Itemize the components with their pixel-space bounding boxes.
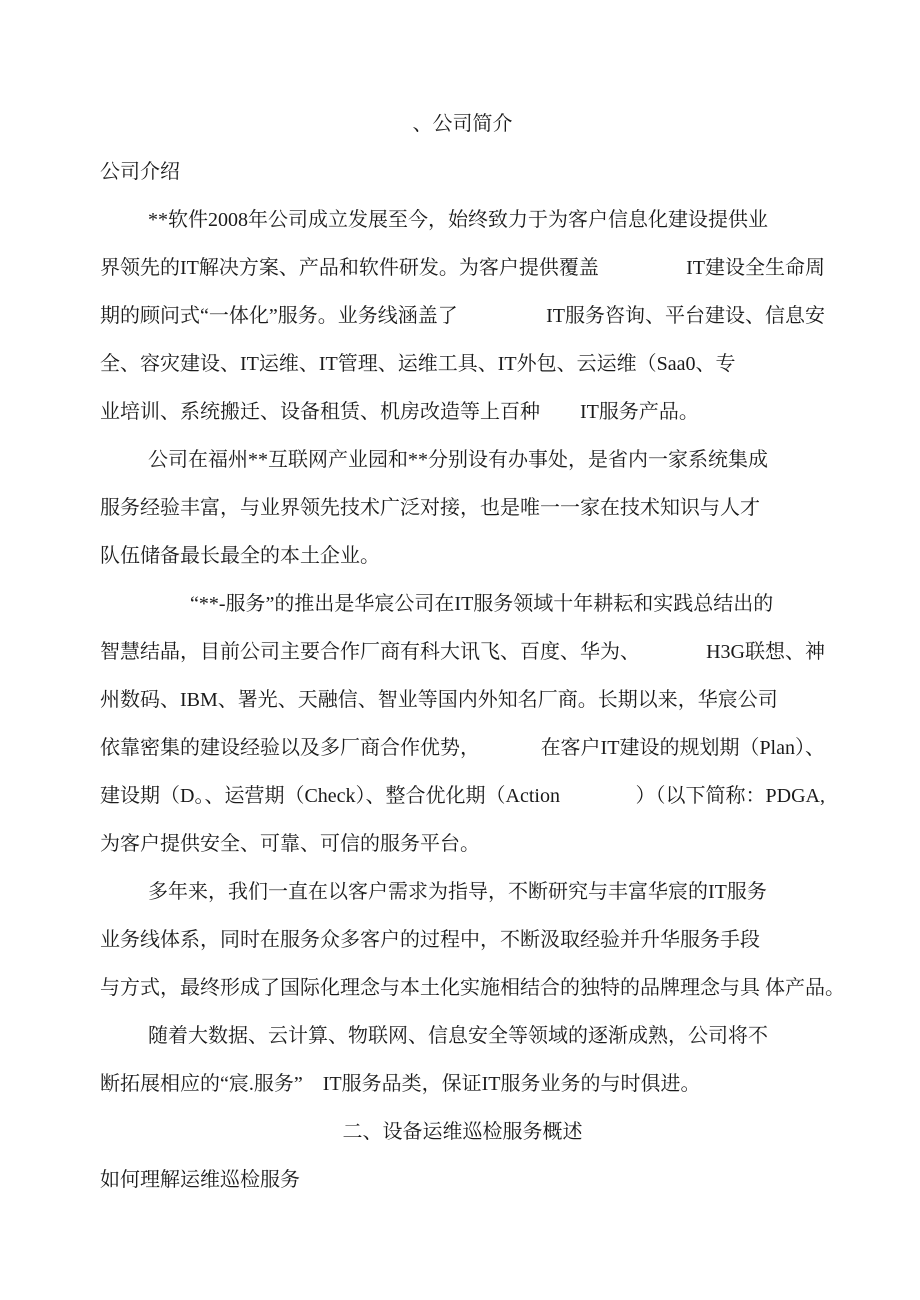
document-body: 公司介绍 **软件2008年公司成立发展至今，始终致力于为客户信息化建设提供业 … [100,148,825,1204]
text-line: 与方式，最终形成了国际化理念与本土化实施相结合的独特的品牌理念与具 体产品。 [100,964,825,1012]
text-line: 断拓展相应的“宸.服务” IT服务品类，保证IT服务业务的与时俱进。 [100,1060,825,1108]
line-text-left: 期的顾问式“一体化”服务。业务线涵盖了 [100,292,458,340]
line-text: 业务线体系，同时在服务众多客户的过程中，不断汲取经验并升华服务手段 [100,929,760,951]
line-text-right: 在客户IT建设的规划期（Plan）、 [541,724,825,772]
line-text: 与方式，最终形成了国际化理念与本土化实施相结合的独特的品牌理念与具 体产品。 [100,977,845,999]
document-page: 、公司简介 公司介绍 **软件2008年公司成立发展至今，始终致力于为客户信息化… [0,0,920,1300]
text-line: 公司在福州**互联网产业园和**分别设有办事处，是省内一家系统集成 [100,436,825,484]
line-text-left: 业培训、系统搬迁、设备租赁、机房改造等上百种 [100,401,540,423]
text-line: 依靠密集的建设经验以及多厂商合作优势， 在客户IT建设的规划期（Plan）、 [100,724,825,772]
line-text: 全、容灾建设、IT运维、IT管理、运维工具、IT外包、云运维（Saa0、专 [100,353,736,375]
line-text: 如何理解运维巡检服务 [100,1169,300,1191]
subsection-label: 如何理解运维巡检服务 [100,1156,825,1204]
text-line: **软件2008年公司成立发展至今，始终致力于为客户信息化建设提供业 [100,196,825,244]
text-line: 业务线体系，同时在服务众多客户的过程中，不断汲取经验并升华服务手段 [100,916,825,964]
line-text-right: IT服务咨询、平台建设、信息安 [546,292,825,340]
text-line: 随着大数据、云计算、物联网、信息安全等领域的逐渐成熟，公司将不 [100,1012,825,1060]
text-line: 服务经验丰富，与业界领先技术广泛对接，也是唯一一家在技术知识与人才 [100,484,825,532]
text-line: 业培训、系统搬迁、设备租赁、机房改造等上百种IT服务产品。 [100,388,825,436]
line-text: 州数码、IBM、署光、天融信、智业等国内外知名厂商。长期以来，华宸公司 [100,689,778,711]
line-text-right: IT建设全生命周 [686,244,825,292]
line-text: 为客户提供安全、可靠、可信的服务平台。 [100,833,480,855]
text-line: 界领先的IT解决方案、产品和软件研发。为客户提供覆盖 IT建设全生命周 [100,244,825,292]
line-text: 服务经验丰富，与业界领先技术广泛对接，也是唯一一家在技术知识与人才 [100,497,760,519]
text-line: 州数码、IBM、署光、天融信、智业等国内外知名厂商。长期以来，华宸公司 [100,676,825,724]
line-text-left: 智慧结晶，目前公司主要合作厂商有科大讯飞、百度、华为、 [100,628,640,676]
line-text: “**-服务”的推出是华宸公司在IT服务领域十年耕耘和实践总结出的 [190,593,773,615]
line-text-right: H3G联想、神 [706,628,825,676]
intro-label: 公司介绍 [100,148,825,196]
line-text: 多年来，我们一直在以客户需求为指导，不断研究与丰富华宸的IT服务 [148,881,767,903]
line-text-right: IT服务产品。 [580,401,699,423]
line-text: 队伍储备最长最全的本土企业。 [100,545,380,567]
line-text: 断拓展相应的“宸.服务” IT服务品类，保证IT服务业务的与时俱进。 [100,1073,701,1095]
line-text: 随着大数据、云计算、物联网、信息安全等领域的逐渐成熟，公司将不 [148,1025,768,1047]
line-text: 公司在福州**互联网产业园和**分别设有办事处，是省内一家系统集成 [148,449,768,471]
text-line: 建设期（D。、运营期（Check）、整合优化期（Action ）（以下简称：PD… [100,772,825,820]
line-text-right: ）（以下简称：PDGA, [636,772,825,820]
line-text-left: 建设期（D。、运营期（Check）、整合优化期（Action [100,772,560,820]
heading-text: 二、设备运维巡检服务概述 [343,1121,583,1143]
line-text-left: 依靠密集的建设经验以及多厂商合作优势， [100,724,480,772]
text-line: 为客户提供安全、可靠、可信的服务平台。 [100,820,825,868]
text-line: 多年来，我们一直在以客户需求为指导，不断研究与丰富华宸的IT服务 [100,868,825,916]
text-line: “**-服务”的推出是华宸公司在IT服务领域十年耕耘和实践总结出的 [100,580,825,628]
text-line: 期的顾问式“一体化”服务。业务线涵盖了 IT服务咨询、平台建设、信息安 [100,292,825,340]
text-line: 全、容灾建设、IT运维、IT管理、运维工具、IT外包、云运维（Saa0、专 [100,340,825,388]
line-text-left: 界领先的IT解决方案、产品和软件研发。为客户提供覆盖 [100,244,599,292]
line-text: **软件2008年公司成立发展至今，始终致力于为客户信息化建设提供业 [148,209,768,231]
section-heading-2: 二、设备运维巡检服务概述 [100,1108,825,1156]
text-line: 队伍储备最长最全的本土企业。 [100,532,825,580]
text-line: 智慧结晶，目前公司主要合作厂商有科大讯飞、百度、华为、 H3G联想、神 [100,628,825,676]
section-heading-1: 、公司简介 [100,106,825,142]
